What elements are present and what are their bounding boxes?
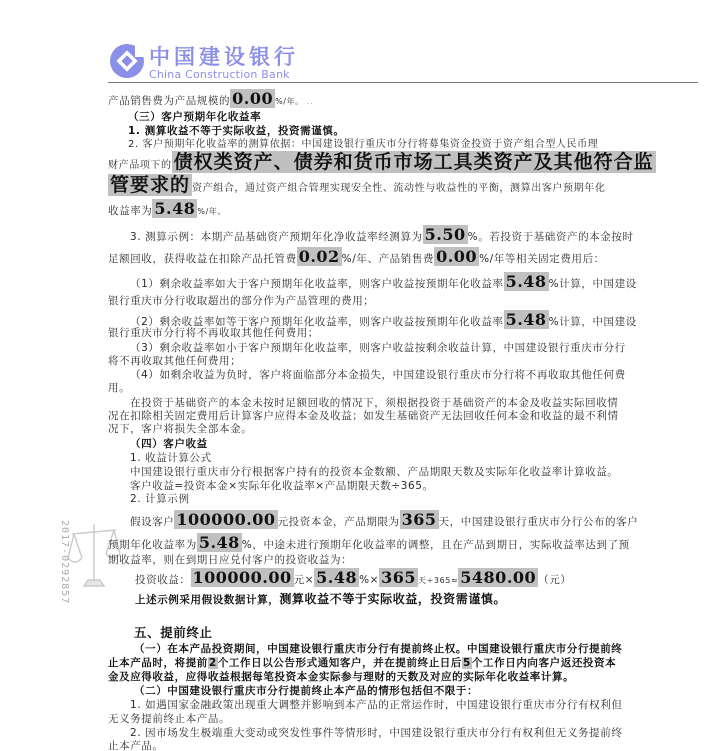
- text: 资产组合，通过资产组合管理实现安全性、流动性与收益性的平衡，测算出客户预期年化: [192, 183, 605, 194]
- text: 个工作日内向客户返还投资本: [472, 657, 616, 669]
- paragraph: 假设客户100000.00元投资本金，产品期限为365天，中国建设银行重庆市分行…: [130, 510, 638, 530]
- paragraph: 银行重庆市分行收取超出的部分作为产品管理的费用；: [108, 294, 374, 308]
- text: %×: [359, 574, 379, 586]
- text: %/年。: [275, 97, 304, 106]
- paragraph: （1）剩余收益率如大于客户预期年化收益率，则客户收益按预期年化收益率5.48%计…: [130, 272, 637, 292]
- text: 止本产品时，将提前: [108, 657, 208, 669]
- paragraph: 1. 收益计算公式: [130, 451, 212, 465]
- asset-type-highlight: 管要求的: [108, 174, 192, 196]
- paragraph: 无义务提前终止本产品。: [108, 712, 230, 726]
- custody-fee-value: 0.02: [297, 247, 342, 266]
- paragraph: 止本产品时，将提前2个工作日以公告形式通知客户，并在提前终止日后5个工作日内向客…: [108, 656, 616, 670]
- text: 足额回收，获得收益在扣除产品托管费: [108, 253, 297, 265]
- section-title-customer-return: （四）客户收益: [130, 437, 208, 451]
- paragraph: 2. 因市场发生极端重大变动或突发性事件等情形时，中国建设银行重庆市分行有权利但…: [130, 726, 622, 740]
- disclaimer: 上述示例采用假设数据计算，测算收益不等于实际收益，投资需谨慎。: [135, 592, 506, 607]
- section-title-early-termination: 五、提前终止: [134, 625, 213, 641]
- text: 元×: [294, 574, 315, 586]
- text: 天，中国建设银行重庆市分行公布的客户: [439, 516, 639, 528]
- watermark-serial: 2017-0292857: [59, 520, 70, 604]
- principal-value: 100000.00: [174, 510, 277, 529]
- bank-name-en: China Construction Bank: [149, 69, 290, 81]
- paragraph: 况在扣除相关固定费用后计算客户应得本金及收益；如发生基础资产无法回收任何本金和收…: [108, 409, 619, 423]
- text: 预期年化收益率为: [108, 539, 197, 551]
- text: 收益率为: [108, 205, 152, 217]
- expected-yield-value: 5.48: [152, 199, 197, 218]
- paragraph: 收益率为5.48%/年。: [108, 199, 226, 219]
- net-yield-value: 5.50: [423, 225, 468, 244]
- paragraph: 期收益率，则在到期日应兑付客户的投资收益为：: [108, 553, 352, 567]
- sales-fee-line: 产品销售费为产品规模的0.00%/年。 ..: [108, 89, 313, 109]
- paragraph: （3）剩余收益率如小于客户预期年化收益率，则客户收益按剩余收益计算，中国建设银行…: [130, 341, 626, 355]
- text: 财产品项下的: [108, 160, 172, 171]
- text: %/年、产品销售费: [342, 253, 434, 265]
- expected-yield-value: 5.48: [197, 533, 242, 552]
- asset-type-highlight: 债权类资产、债券和货币市场工具类资产及其他符合监: [172, 151, 656, 173]
- text: %/年等相关固定费用后：: [479, 253, 605, 265]
- text: 上述示例采用假设数据计算，: [135, 594, 279, 606]
- text: %，中途未进行预期年化收益率的调整，且在产品到期日，实际收益率达到了预: [242, 539, 630, 551]
- notice-days-value: 2: [208, 657, 218, 669]
- sales-fee-value: 0.00: [434, 247, 479, 266]
- text: %计算，中国建设: [549, 278, 637, 290]
- expected-yield-value: 5.48: [504, 310, 549, 329]
- paragraph-mark: ..: [304, 97, 313, 106]
- paragraph: 财产品项下的债权类资产、债券和货币市场工具类资产及其他符合监: [108, 150, 656, 174]
- paragraph: 足额回收，获得收益在扣除产品托管费0.02%/年、产品销售费0.00%/年等相关…: [108, 247, 605, 267]
- paragraph: 2. 计算示例: [130, 492, 190, 506]
- text: %。若投资于基础资产的本金按时: [468, 231, 634, 243]
- paragraph: 金及应得收益，应得收益根据每笔投资本金实际参与理财的天数及对应的实际年化收益率计…: [108, 670, 574, 684]
- paragraph: 管要求的资产组合，通过资产组合管理实现安全性、流动性与收益性的平衡，测算出客户预…: [108, 173, 605, 197]
- paragraph: 将不再收取其他任何费用；: [108, 354, 241, 368]
- text: 假设客户: [130, 516, 174, 528]
- formula: 客户收益=投资本金×实际年化收益率×产品期限天数÷365。: [130, 479, 434, 493]
- text: 测算收益不等于实际收益，投资需谨慎。: [279, 592, 506, 606]
- return-days-value: 5: [462, 657, 472, 669]
- paragraph: 在投资于基础资产的本金未按时足额回收的情况下，须根据投资于基础资产的本金及收益实…: [130, 396, 618, 410]
- sales-fee-value: 0.00: [230, 89, 275, 108]
- text: 投资收益：: [135, 574, 191, 586]
- risk-notice: 1. 测算收益不等于实际收益，投资需谨慎。: [128, 124, 345, 138]
- text: 元投资本金，产品期限为: [278, 516, 400, 528]
- text: 天÷365≈: [418, 576, 458, 585]
- paragraph: （4）如剩余收益为负时，客户将面临部分本金损失，中国建设银行重庆市分行将不再收取…: [130, 368, 626, 382]
- days-value: 365: [379, 568, 418, 587]
- rate-value: 5.48: [314, 568, 359, 587]
- text: 个工作日以公告形式通知客户，并在提前终止日后: [218, 657, 462, 669]
- bank-name-cn: 中国建设银行: [149, 45, 299, 69]
- paragraph: 3. 测算示例：本期产品基础资产预期年化净收益率经测算为5.50%。若投资于基础…: [130, 225, 634, 245]
- paragraph: 预期年化收益率为5.48%，中途未进行预期年化收益率的调整，且在产品到期日，实际…: [108, 533, 630, 553]
- paragraph: （二）中国建设银行重庆市分行提前终止本产品的情形包括但不限于：: [134, 684, 478, 698]
- ccb-logo-icon: [109, 43, 145, 79]
- paragraph: 银行重庆市分行将不再收取其他任何费用；: [108, 326, 319, 340]
- principal-value: 100000.00: [191, 568, 294, 587]
- text: %/年。: [197, 207, 226, 216]
- header-divider: [108, 82, 698, 83]
- text: 产品销售费为产品规模的: [108, 95, 230, 107]
- paragraph: 用。: [108, 381, 130, 395]
- paragraph: 况下，客户将损失全部本金。: [108, 422, 252, 436]
- section-title-expected-yield: （三）客户预期年化收益率: [128, 110, 261, 124]
- text: 3. 测算示例：本期产品基础资产预期年化净收益率经测算为: [130, 231, 423, 243]
- text: （1）剩余收益率如大于客户预期年化收益率，则客户收益按预期年化收益率: [130, 278, 504, 290]
- result-value: 5480.00: [458, 568, 538, 587]
- calculation-line: 投资收益：100000.00元×5.48%×365天÷365≈5480.00（元…: [135, 568, 571, 588]
- term-days-value: 365: [400, 510, 439, 529]
- paragraph: 中国建设银行重庆市分行根据客户持有的投资本金数额、产品期限天数及实际年化收益率计…: [130, 465, 618, 479]
- paragraph: 1. 如遇国家金融政策出现重大调整并影响到本产品的正常运作时，中国建设银行重庆市…: [130, 698, 622, 712]
- paragraph: 止本产品。: [108, 739, 164, 751]
- text: %计算，中国建设: [549, 316, 637, 328]
- text: （元）: [538, 574, 571, 586]
- paragraph: （一）在本产品投资期间，中国建设银行重庆市分行有提前终止权。中国建设银行重庆市分…: [134, 642, 622, 656]
- expected-yield-value: 5.48: [504, 272, 549, 291]
